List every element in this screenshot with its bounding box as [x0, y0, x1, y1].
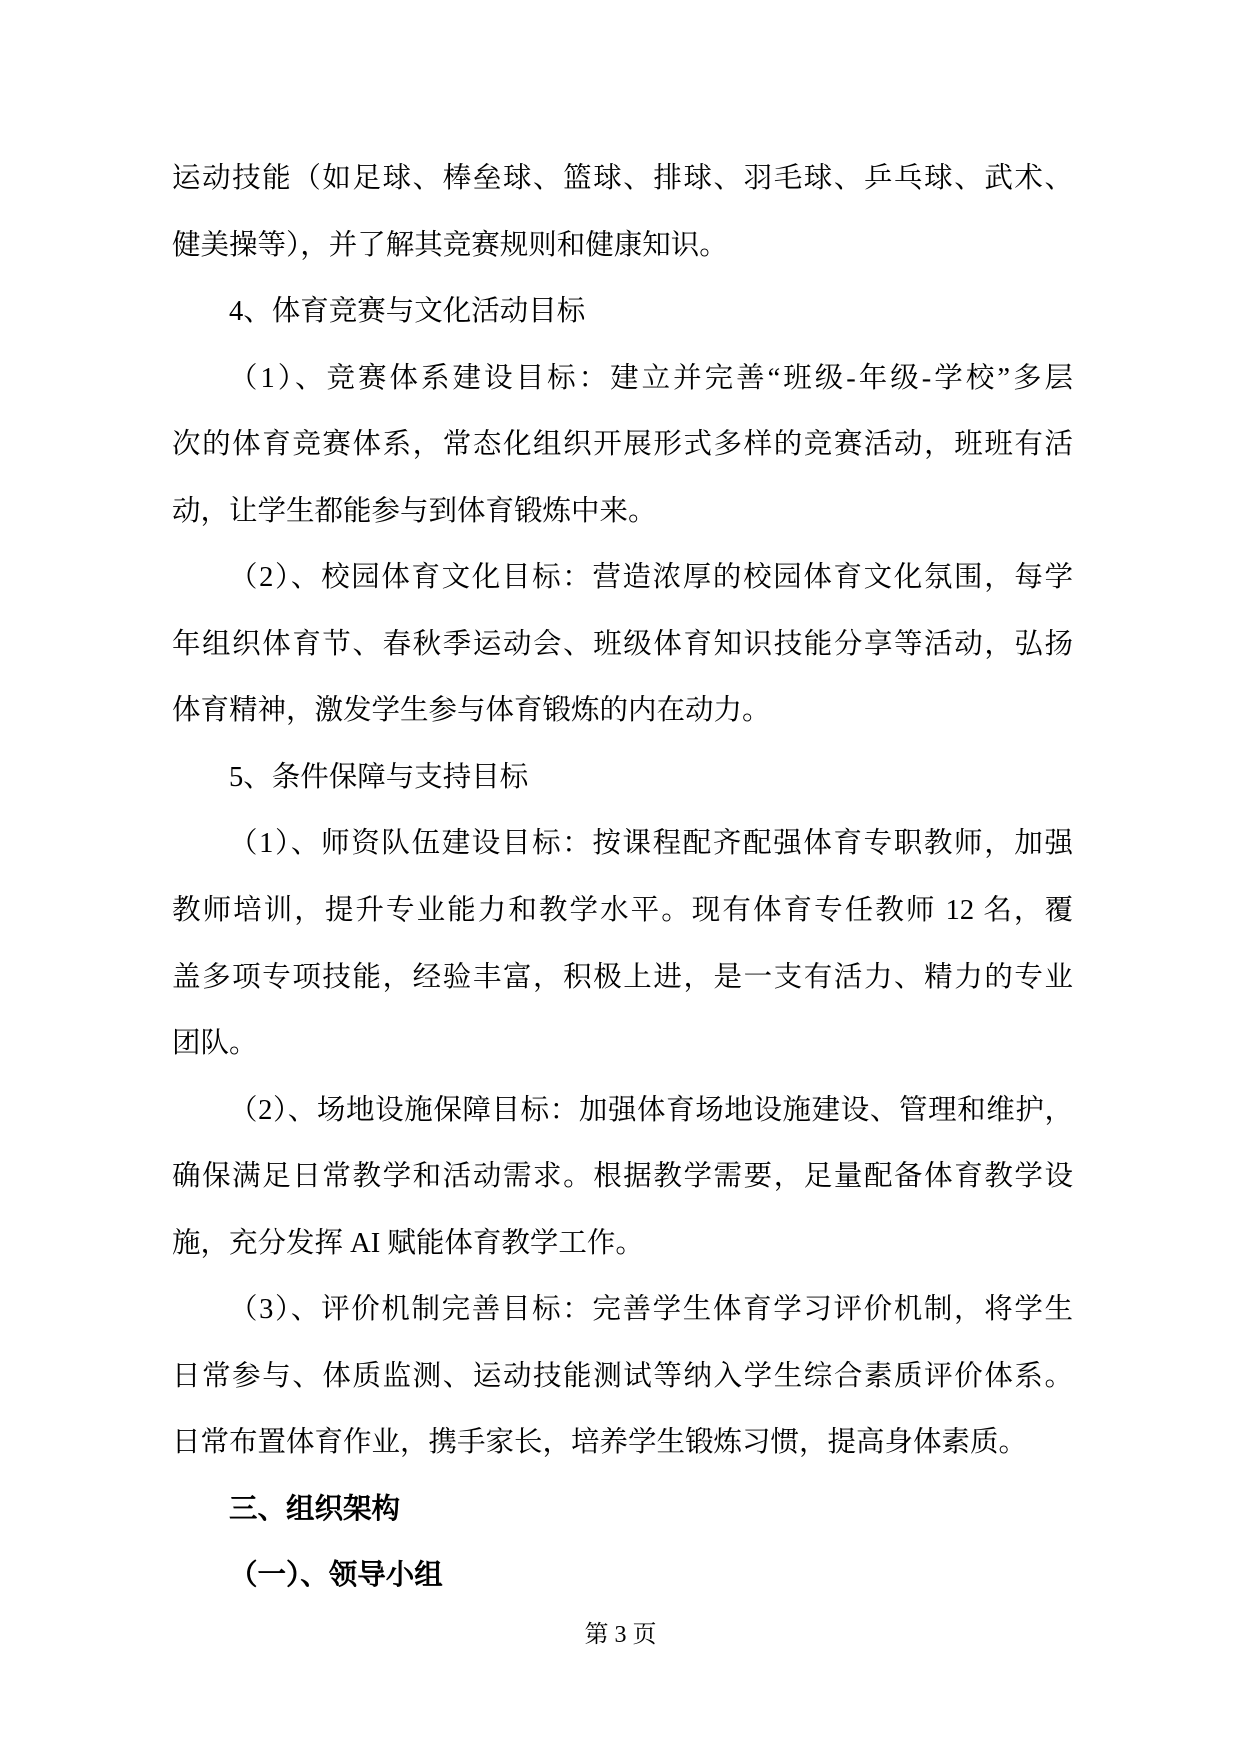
- heading-line: 三、组织架构: [172, 1477, 1073, 1544]
- text-line: 盖多项专项技能，经验丰富，积极上进，是一支有活力、精力的专业: [172, 945, 1073, 1012]
- text-line: 健美操等），并了解其竞赛规则和健康知识。: [172, 213, 1073, 280]
- text-line: 日常参与、体质监测、运动技能测试等纳入学生综合素质评价体系。: [172, 1344, 1073, 1411]
- document-body: 运动技能（如足球、棒垒球、篮球、排球、羽毛球、乒乓球、武术、健美操等），并了解其…: [172, 146, 1073, 1610]
- text-line: 4、体育竞赛与文化活动目标: [172, 279, 1073, 346]
- text-line: （1）、竞赛体系建设目标：建立并完善“班级-年级-学校”多层: [172, 346, 1073, 413]
- text-line: （3）、评价机制完善目标：完善学生体育学习评价机制，将学生: [172, 1277, 1073, 1344]
- text-line: （1）、师资队伍建设目标：按课程配齐配强体育专职教师，加强: [172, 811, 1073, 878]
- document-page: 运动技能（如足球、棒垒球、篮球、排球、羽毛球、乒乓球、武术、健美操等），并了解其…: [0, 0, 1241, 1754]
- text-line: （2）、场地设施保障目标：加强体育场地设施建设、管理和维护，: [172, 1078, 1073, 1145]
- heading-line: （一）、领导小组: [172, 1543, 1073, 1610]
- text-line: 确保满足日常教学和活动需求。根据教学需要，足量配备体育教学设: [172, 1144, 1073, 1211]
- text-line: 教师培训，提升专业能力和教学水平。现有体育专任教师 12 名，覆: [172, 878, 1073, 945]
- text-line: （2）、校园体育文化目标：营造浓厚的校园体育文化氛围，每学: [172, 545, 1073, 612]
- text-line: 动，让学生都能参与到体育锻炼中来。: [172, 479, 1073, 546]
- text-line: 年组织体育节、春秋季运动会、班级体育知识技能分享等活动，弘扬: [172, 612, 1073, 679]
- text-line: 次的体育竞赛体系，常态化组织开展形式多样的竞赛活动，班班有活: [172, 412, 1073, 479]
- page-number-footer: 第 3 页: [0, 1616, 1241, 1654]
- text-line: 运动技能（如足球、棒垒球、篮球、排球、羽毛球、乒乓球、武术、: [172, 146, 1073, 213]
- text-line: 团队。: [172, 1011, 1073, 1078]
- text-line: 5、条件保障与支持目标: [172, 745, 1073, 812]
- text-line: 日常布置体育作业，携手家长，培养学生锻炼习惯，提高身体素质。: [172, 1410, 1073, 1477]
- text-line: 体育精神，激发学生参与体育锻炼的内在动力。: [172, 678, 1073, 745]
- text-line: 施，充分发挥 AI 赋能体育教学工作。: [172, 1211, 1073, 1278]
